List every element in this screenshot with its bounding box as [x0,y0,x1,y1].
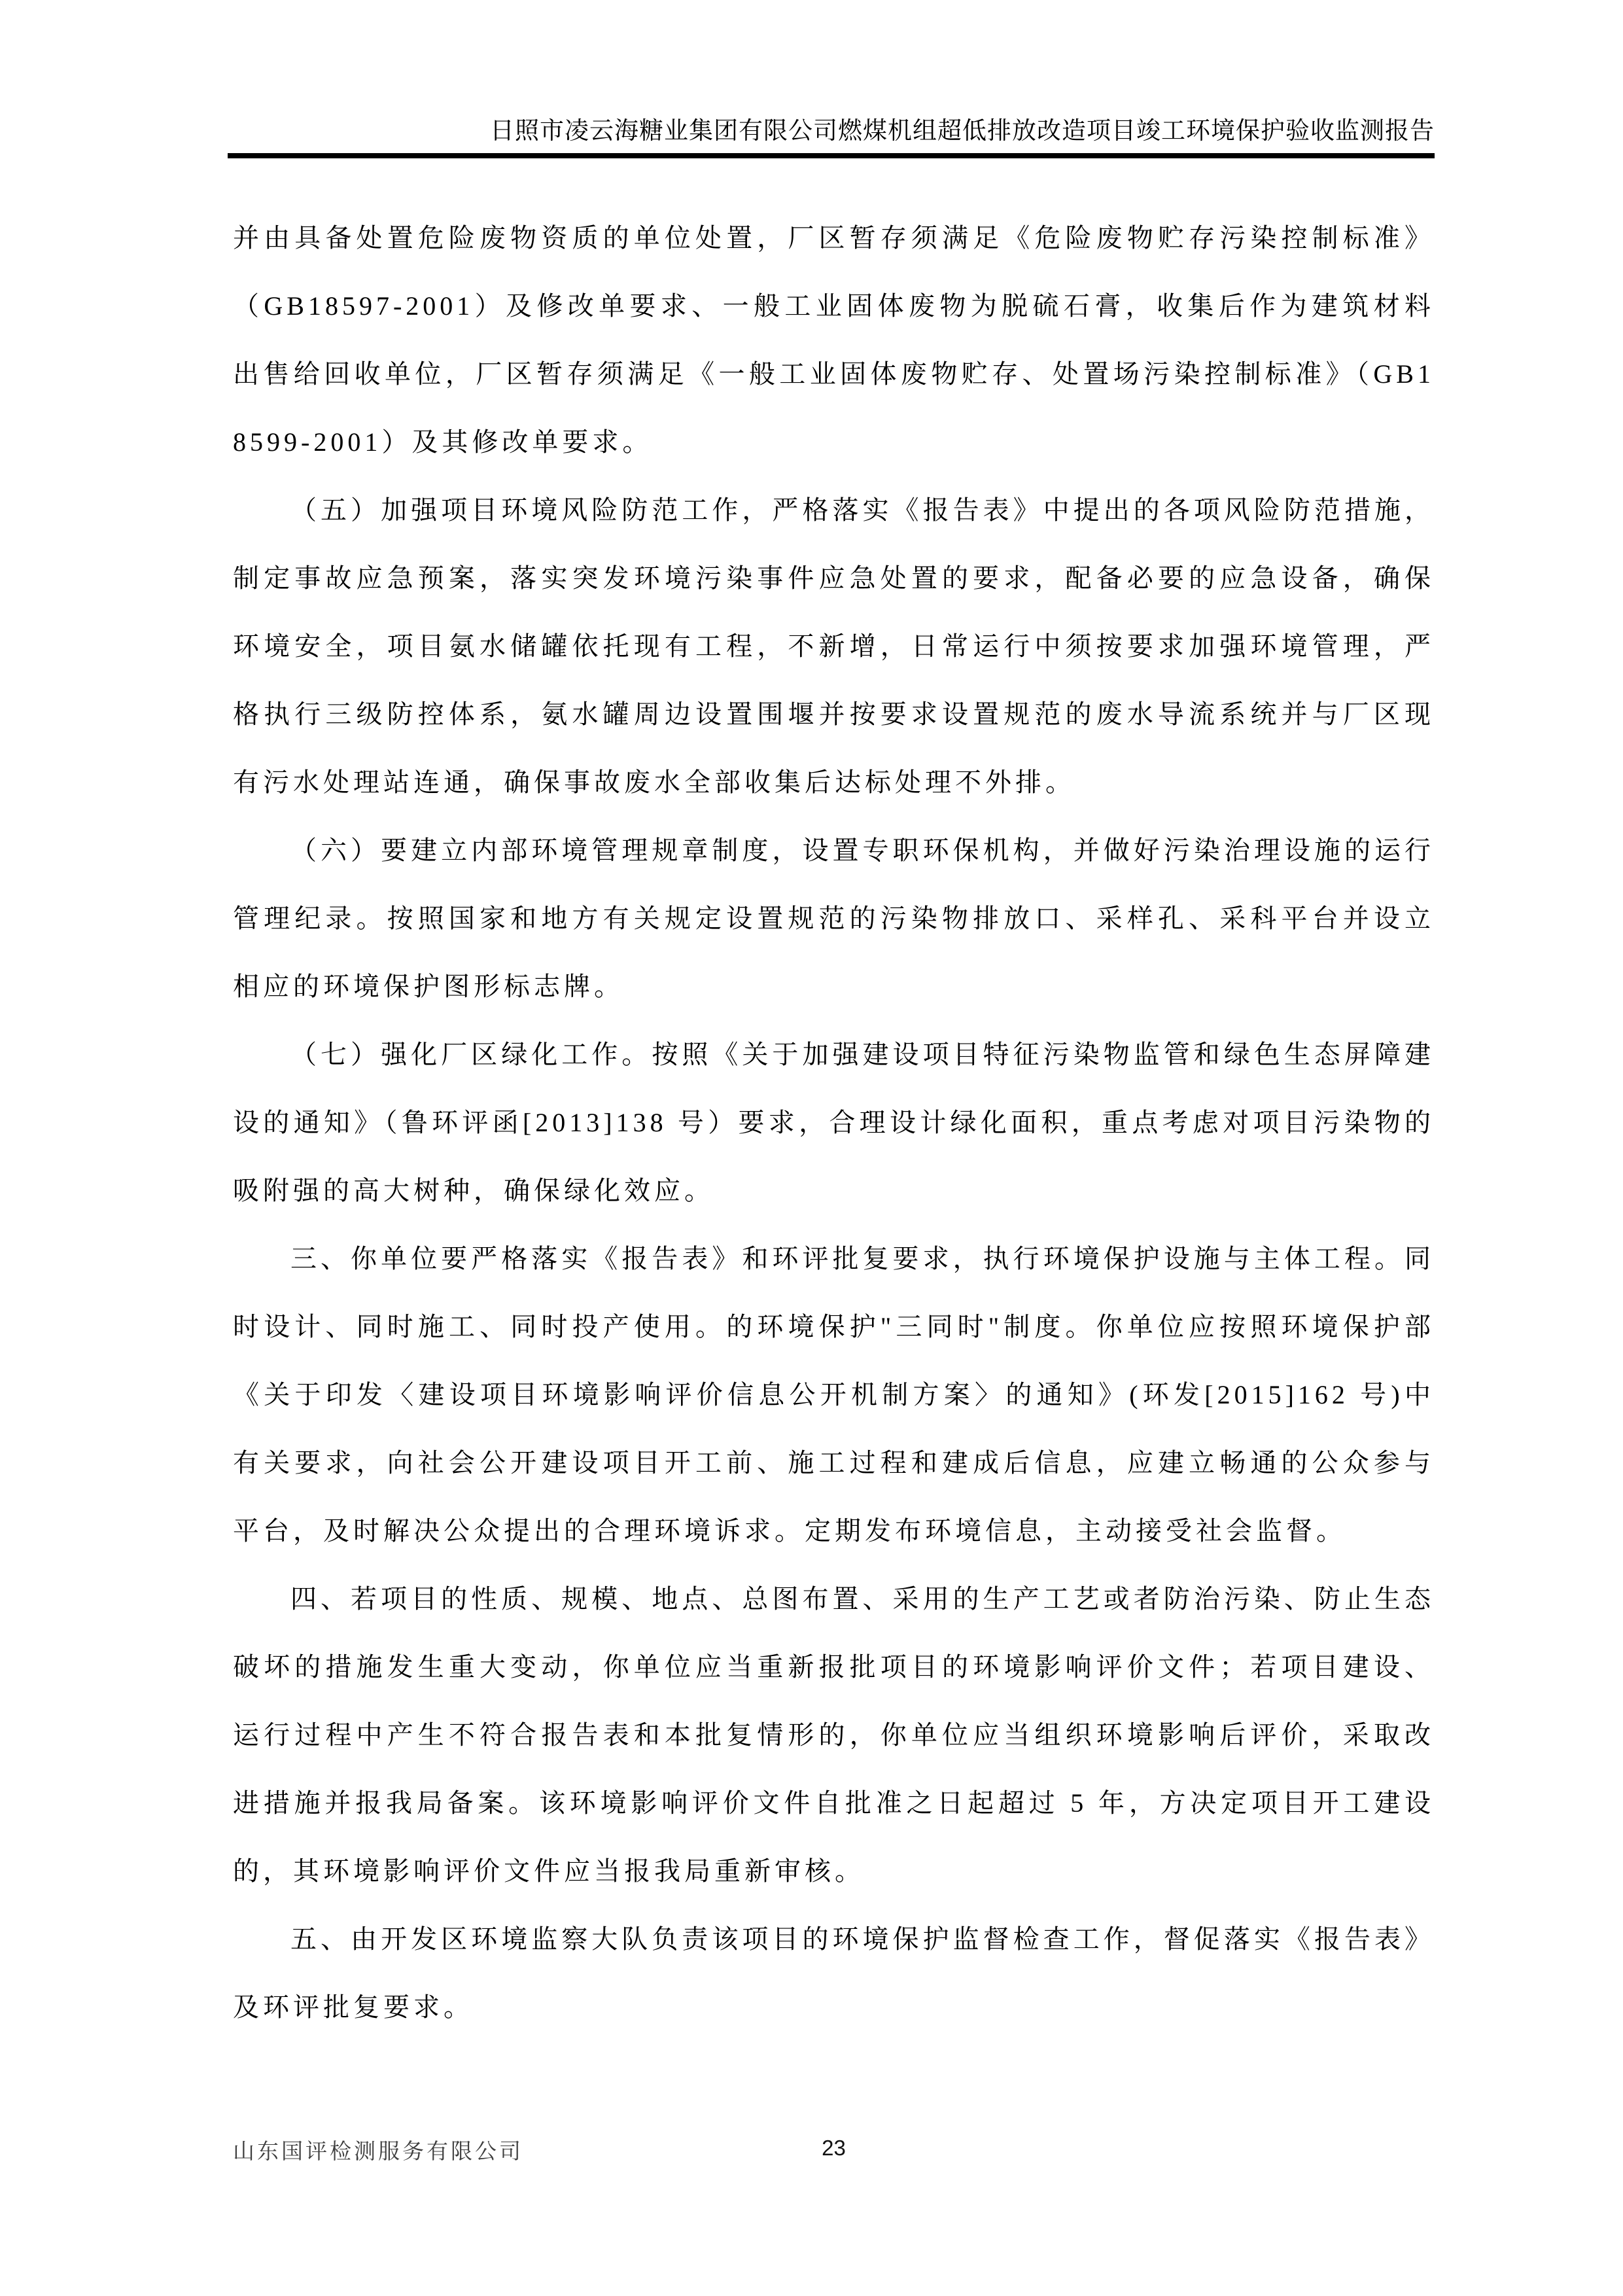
paragraph-item-7: （七）强化厂区绿化工作。按照《关于加强建设项目特征污染物监管和绿色生态屏障建设的… [233,1021,1435,1225]
paragraph-section-4: 四、若项目的性质、规模、地点、总图布置、采用的生产工艺或者防治污染、防止生态破坏… [233,1565,1435,1905]
header-title: 日照市凌云海糖业集团有限公司燃煤机组超低排放改造项目竣工环境保护验收监测报告 [228,116,1435,152]
paragraph-item-6: （六）要建立内部环境管理规章制度，设置专职环保机构，并做好污染治理设施的运行管理… [233,817,1435,1021]
footer-page-number: 23 [822,2136,846,2161]
footer-company-name: 山东国评检测服务有限公司 [233,2134,523,2165]
document-body: 并由具备处置危险废物资质的单位处置，厂区暂存须满足《危险废物贮存污染控制标准》（… [233,204,1435,2041]
paragraph-section-3: 三、你单位要严格落实《报告表》和环评批复要求，执行环境保护设施与主体工程。同时设… [233,1225,1435,1565]
header-rule [228,153,1435,158]
paragraph-section-5: 五、由开发区环境监察大队负责该项目的环境保护监督检查工作，督促落实《报告表》及环… [233,1905,1435,2041]
document-page: 日照市凌云海糖业集团有限公司燃煤机组超低排放改造项目竣工环境保护验收监测报告 并… [0,0,1623,2296]
page-header: 日照市凌云海糖业集团有限公司燃煤机组超低排放改造项目竣工环境保护验收监测报告 [228,116,1435,158]
paragraph-item-5: （五）加强项目环境风险防范工作，严格落实《报告表》中提出的各项风险防范措施，制定… [233,476,1435,817]
page-footer: 山东国评检测服务有限公司 23 [233,2134,1435,2174]
paragraph-continuation: 并由具备处置危险废物资质的单位处置，厂区暂存须满足《危险废物贮存污染控制标准》（… [233,204,1435,476]
